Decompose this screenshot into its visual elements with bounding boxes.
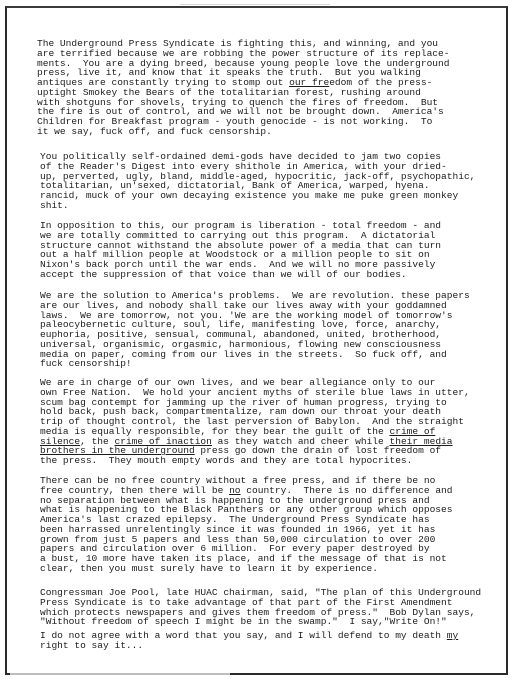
paragraph-7: Congressman Joe Pool, late HUAC chairman… xyxy=(40,588,481,627)
text-line: shit. xyxy=(40,201,475,211)
paragraph-5: We are in charge of our own lives, and w… xyxy=(40,378,470,466)
paragraph-6: There can be no free country without a f… xyxy=(40,476,453,574)
text-line: right to say it... xyxy=(40,641,458,651)
text-line: it we say, fuck off, and fuck censorship… xyxy=(37,127,450,137)
text-line: rancid, muck of your own decaying existe… xyxy=(40,191,475,201)
text-line: fuck censorship! xyxy=(40,359,470,369)
paragraph-4: We are the solution to America's problem… xyxy=(40,291,470,369)
paragraph-1: The Underground Press Syndicate is fight… xyxy=(37,39,450,137)
scan-artifact-top xyxy=(180,4,330,5)
text-line: clear, then you must surely have to lear… xyxy=(40,564,453,574)
paragraph-3: In opposition to this, our program is li… xyxy=(40,221,441,280)
underlined-text: my xyxy=(447,630,458,641)
scan-artifact-bottom xyxy=(10,673,230,675)
text-line: "Without freedom of speech I might be in… xyxy=(40,617,481,627)
paragraph-2: You politically self-ordained demi-gods … xyxy=(40,152,475,211)
paragraph-8: I do not agree with a word that you say,… xyxy=(40,631,458,651)
text-line: accept the suppression of that voice tha… xyxy=(40,270,441,280)
text-line: the press. They mouth empty words and th… xyxy=(40,456,470,466)
